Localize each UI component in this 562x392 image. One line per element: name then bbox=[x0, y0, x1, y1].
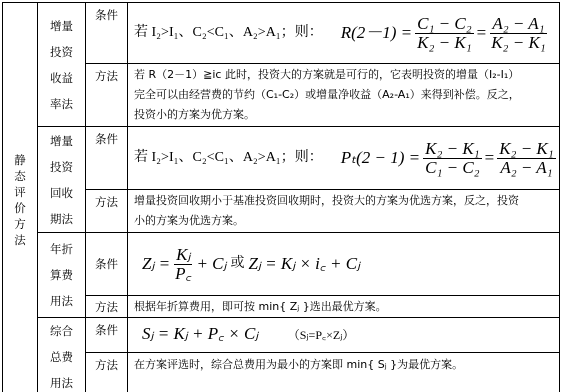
method-label: 方法 bbox=[86, 190, 128, 233]
condition-content-1: 若 I₂>I₁、C₂<C₁、A₂>A₁；则： R(2－1) = C₁ − C₂K… bbox=[128, 3, 560, 64]
category-cell: 静态评价方法 bbox=[3, 3, 38, 392]
method-name-line: 率法 bbox=[50, 91, 85, 117]
method-name-line: 投资 bbox=[50, 154, 85, 180]
condition-text: 若 I₂>I₁、C₂<C₁、A₂>A₁；则： bbox=[134, 148, 323, 168]
category-label: 静态评价方法 bbox=[14, 152, 26, 248]
formula: Zⱼ = KⱼP꜀ + Cⱼ 或 Zⱼ = Kⱼ × i꜀ + Cⱼ bbox=[142, 246, 360, 283]
or-label: 或 bbox=[230, 254, 244, 274]
method-name-line: 期法 bbox=[50, 206, 85, 232]
method-name-line: 总费 bbox=[50, 344, 85, 370]
method-label: 方法 bbox=[86, 64, 128, 127]
equals: = bbox=[485, 148, 495, 168]
formula: R(2－1) = C₁ − C₂K₂ − K₁ = A₂ − A₁K₂ − K₁ bbox=[341, 15, 551, 52]
method-name-line: 增量 bbox=[50, 13, 85, 39]
method-name-cell-3: 年折 算费 用法 bbox=[38, 233, 86, 318]
method-label: 方法 bbox=[86, 296, 128, 318]
formula-lhs: R(2－1) = bbox=[341, 23, 412, 43]
method-content-3: 根据年折算费用，即可按 min{ Zⱼ }选出最优方案。 bbox=[128, 296, 560, 318]
static-evaluation-methods-table: 静态评价方法 增量 投资 收益 率法 条件 若 I₂>I₁、C₂<C₁、A₂>A… bbox=[2, 2, 560, 392]
method-name-line: 综合 bbox=[50, 318, 85, 344]
method-name-cell-2: 增量 投资 回收 期法 bbox=[38, 127, 86, 233]
fraction: K₂ − K₁A₂ − A₁ bbox=[497, 140, 555, 177]
formula: Sⱼ = Kⱼ + P꜀ × Cⱼ bbox=[142, 324, 258, 344]
condition-label: 条件 bbox=[86, 127, 128, 190]
method-name-cell-4: 综合 总费 用法 bbox=[38, 318, 86, 392]
method-name-line: 回收 bbox=[50, 180, 85, 206]
method-line: 小的方案为优选方案。 bbox=[134, 211, 559, 231]
method-name-line: 年折 bbox=[50, 236, 85, 262]
method-name-line: 用法 bbox=[50, 288, 85, 314]
condition-content-2: 若 I₂>I₁、C₂<C₁、A₂>A₁；则： Pₜ(2 − 1) = K₂ − … bbox=[128, 127, 560, 190]
fraction: A₂ − A₁K₂ − K₁ bbox=[489, 15, 547, 52]
fraction: KⱼP꜀ bbox=[173, 246, 193, 283]
condition-content-4: Sⱼ = Kⱼ + P꜀ × Cⱼ （Sⱼ=P꜀×Zⱼ） bbox=[128, 318, 560, 353]
formula-lhs: Zⱼ = bbox=[142, 254, 170, 274]
method-line: 若 R（2－1）≧ic 此时，投资大的方案就是可行的，它表明投资的增量（I₂-I… bbox=[134, 65, 559, 85]
fraction: K₂ − K₁C₁ − C₂ bbox=[423, 140, 481, 177]
formula-alt: Zⱼ = Kⱼ × i꜀ + Cⱼ bbox=[248, 254, 360, 274]
method-name-line: 增量 bbox=[50, 128, 85, 154]
formula: Pₜ(2 − 1) = K₂ − K₁C₁ − C₂ = K₂ − K₁A₂ −… bbox=[341, 140, 559, 177]
method-line: 完全可以由经营费的节约（C₁-C₂）或增量净收益（A₂-A₁）来得到补偿。反之， bbox=[134, 85, 559, 105]
fraction: C₁ − C₂K₂ − K₁ bbox=[415, 15, 473, 52]
method-line: 根据年折算费用，即可按 min{ Zⱼ }选出最优方案。 bbox=[134, 297, 559, 317]
method-content-1: 若 R（2－1）≧ic 此时，投资大的方案就是可行的，它表明投资的增量（I₂-I… bbox=[128, 64, 560, 127]
method-line: 增量投资回收期小于基准投资回收期时，投资大的方案为优选方案，反之，投资 bbox=[134, 191, 559, 211]
method-name-line: 收益 bbox=[50, 65, 85, 91]
condition-content-3: Zⱼ = KⱼP꜀ + Cⱼ 或 Zⱼ = Kⱼ × i꜀ + Cⱼ bbox=[128, 233, 560, 296]
condition-label: 条件 bbox=[86, 318, 128, 353]
method-label: 方法 bbox=[86, 353, 128, 392]
method-name-cell-1: 增量 投资 收益 率法 bbox=[38, 3, 86, 127]
method-name-line: 投资 bbox=[50, 39, 85, 65]
condition-label: 条件 bbox=[86, 3, 128, 64]
method-name-line: 用法 bbox=[50, 370, 85, 392]
condition-label: 条件 bbox=[86, 233, 128, 296]
formula-note: （Sⱼ=P꜀×Zⱼ） bbox=[288, 328, 355, 342]
method-line: 投资小的方案为优方案。 bbox=[134, 105, 559, 125]
method-line: 在方案评选时，综合总费用为最小的方案即 min{ Sⱼ }为最优方案。 bbox=[134, 355, 559, 375]
method-name-line: 算费 bbox=[50, 262, 85, 288]
equals: = bbox=[477, 23, 487, 43]
formula-rest: + Cⱼ bbox=[196, 254, 226, 274]
method-content-4: 在方案评选时，综合总费用为最小的方案即 min{ Sⱼ }为最优方案。 bbox=[128, 353, 560, 392]
formula-lhs: Pₜ(2 − 1) = bbox=[341, 148, 420, 168]
condition-text: 若 I₂>I₁、C₂<C₁、A₂>A₁；则： bbox=[134, 23, 323, 43]
method-content-2: 增量投资回收期小于基准投资回收期时，投资大的方案为优选方案，反之，投资 小的方案… bbox=[128, 190, 560, 233]
